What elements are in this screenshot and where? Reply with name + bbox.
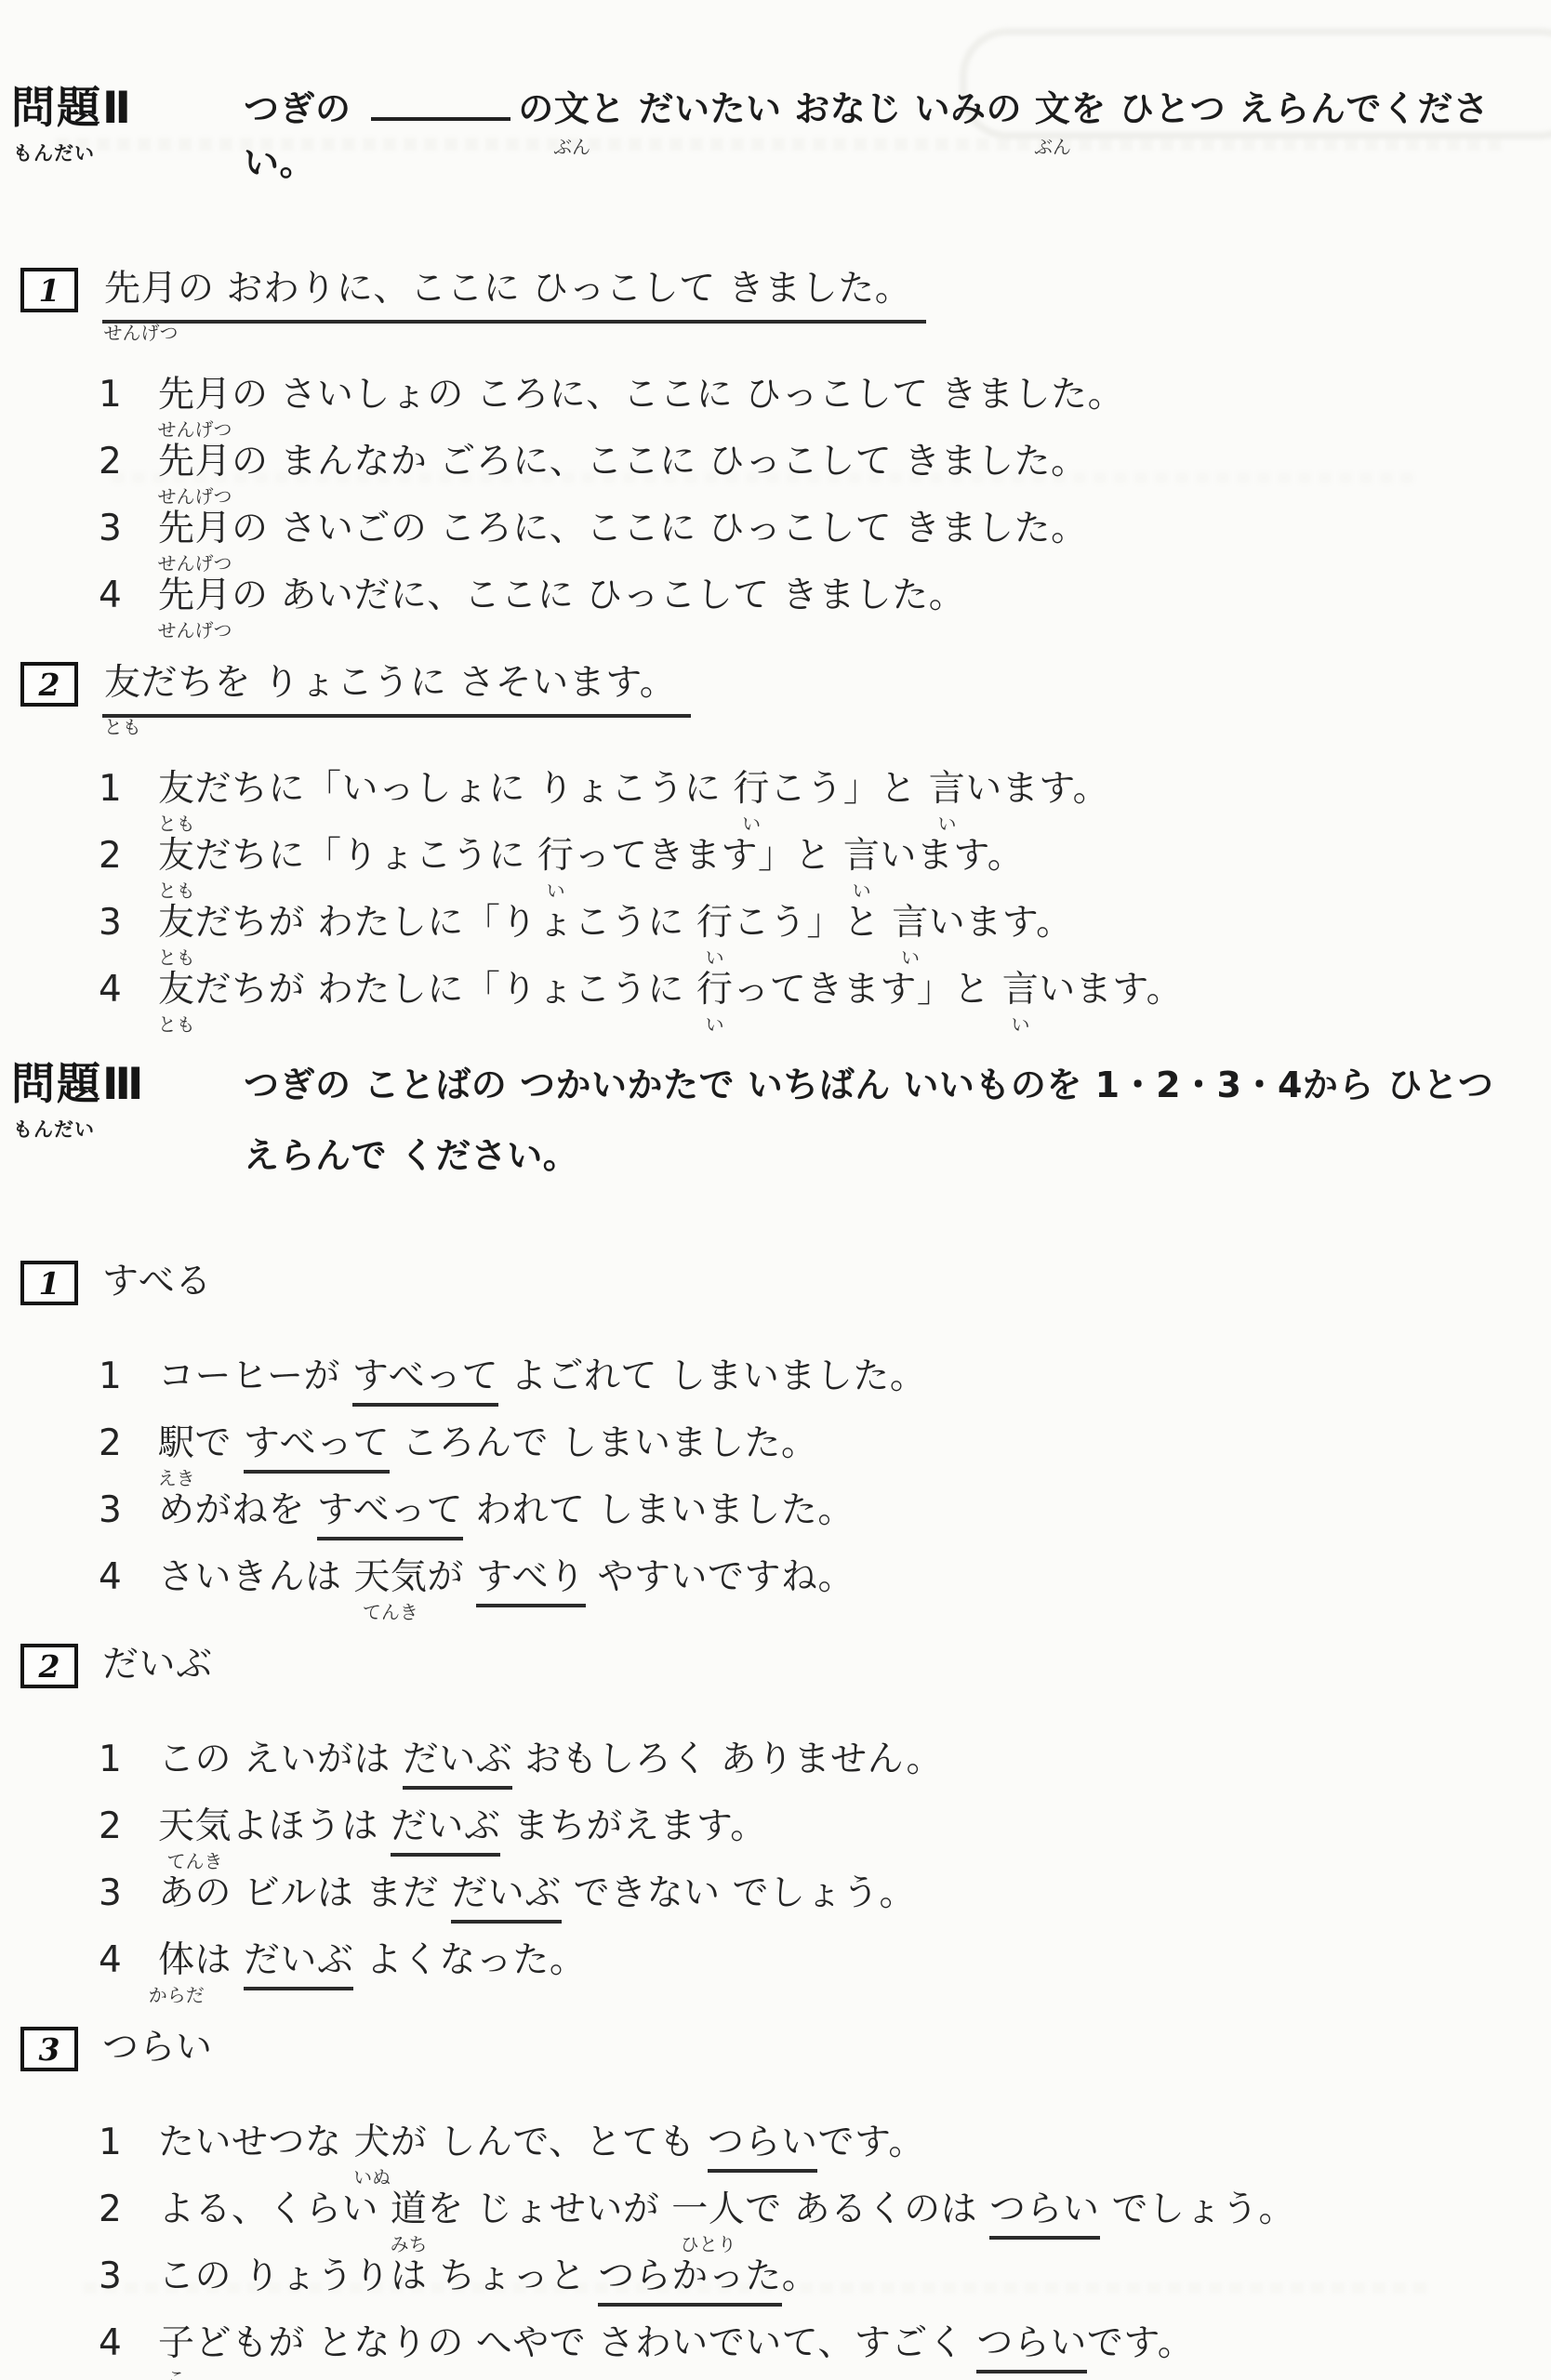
- option-row: 3先月せんげつの さいごの ころに、ここに ひっこして きました。: [99, 506, 1538, 552]
- furigana: ぶん: [1034, 138, 1071, 156]
- option-number: 3: [99, 2254, 158, 2300]
- segment-text: です。: [1087, 2322, 1194, 2364]
- furigana: せんげつ: [104, 324, 179, 342]
- option-row: 2駅えきで すべって ころんで しまいました。: [99, 1421, 1538, 1467]
- text-segment: 一人ひとり: [671, 2187, 745, 2233]
- text-segment: います。: [965, 768, 1109, 810]
- segment-text: の: [518, 88, 554, 129]
- furigana: い: [1011, 1015, 1029, 1034]
- underlined-word: だいぶ: [451, 1872, 562, 1924]
- text-segment: 行い: [733, 766, 770, 813]
- text-segment: 友とも: [104, 660, 141, 707]
- segment-text: やすいですね。: [586, 1556, 855, 1598]
- test-page: 問題Ⅱもんだいつぎの の文ぶんと だいたい おなじ いみの 文ぶんを ひとつ え…: [0, 0, 1551, 2367]
- segment-text: めがねを: [158, 1489, 317, 1531]
- option-text: めがねを すべって われて しまいました。: [158, 1487, 855, 1534]
- option-number: 1: [99, 2120, 158, 2166]
- text-segment: だちに「りょこうに: [195, 835, 537, 877]
- segment-text: 友: [158, 969, 195, 1011]
- option-text: この えいがは だいぶ おもしろく ありません。: [158, 1737, 943, 1783]
- underlined-word: つらい: [989, 2188, 1100, 2240]
- segment-text: 行: [696, 969, 734, 1011]
- underlined-word: だいぶ: [391, 1805, 501, 1857]
- segment-text: の さいしょの ころに、ここに ひっこして きました。: [232, 374, 1124, 416]
- segment-text: 先月: [104, 268, 178, 310]
- question-II-2: 2友ともだちを りょこうに さそいます。1友ともだちに「いっしょに りょこうに …: [11, 660, 1538, 1013]
- segment-text: 子: [158, 2322, 195, 2364]
- text-segment: コーヒーが: [158, 1355, 352, 1397]
- underlined-word: だいぶ: [244, 1939, 354, 1990]
- text-segment: います。: [1039, 969, 1183, 1011]
- instruction-line: つぎの ことばの つかいかたで いちばん いいものを 1・2・3・4から ひとつ: [244, 1058, 1493, 1112]
- option-row: 4先月せんげつの あいだに、ここに ひっこして きました。: [99, 573, 1538, 619]
- text-segment: います。: [929, 902, 1073, 944]
- furigana: せんげつ: [158, 487, 232, 506]
- text-segment: よくなった。: [353, 1939, 586, 1981]
- text-segment: こう」と: [733, 902, 892, 944]
- segment-text: われて しまいました。: [463, 1489, 855, 1531]
- question-stem: 友ともだちを りょこうに さそいます。: [102, 660, 691, 718]
- segment-text: います。: [965, 768, 1109, 810]
- underlined-word: すべって: [317, 1489, 463, 1540]
- text-segment: だいぶ: [102, 1644, 213, 1686]
- furigana: い: [706, 1015, 724, 1034]
- text-segment: 文ぶん: [1035, 82, 1071, 136]
- segment-text: つらい: [976, 2322, 1087, 2364]
- option-row: 3この りょうりは ちょっと つらかった。: [99, 2254, 1538, 2300]
- segment-text: よほうは: [232, 1805, 391, 1847]
- option-text: 先月せんげつの あいだに、ここに ひっこして きました。: [158, 573, 965, 619]
- underlined-word: つらかった: [598, 2255, 782, 2307]
- furigana: い: [853, 881, 871, 900]
- segment-text: だちに「りょこうに: [195, 835, 537, 877]
- text-segment: 言い: [843, 833, 881, 879]
- segment-text: で あるくのは: [745, 2188, 989, 2230]
- stem-underline: 友ともだちを りょこうに さそいます。: [102, 660, 691, 718]
- segment-text: と だいたい おなじ いみの: [590, 88, 1034, 129]
- text-segment: あの ビルは まだ: [158, 1872, 451, 1914]
- question-head: 3つらい: [20, 2025, 1538, 2071]
- furigana: とも: [158, 1015, 195, 1034]
- segment-text: 駅: [158, 1422, 195, 1464]
- text-segment: 先月せんげつ: [158, 372, 232, 418]
- question-number-box: 1: [20, 268, 78, 312]
- option-number: 4: [99, 2320, 158, 2367]
- section-instruction: つぎの ことばの つかいかたで いちばん いいものを 1・2・3・4から ひとつ…: [244, 1058, 1493, 1199]
- furigana: とも: [104, 718, 141, 736]
- text-segment: だちが わたしに「りょこうに: [195, 902, 696, 944]
- furigana: い: [742, 814, 761, 833]
- text-segment: で あるくのは: [745, 2188, 989, 2230]
- segment-text: の おわりに、ここに ひっこして きました。: [178, 268, 911, 310]
- text-segment: よごれて しまいました。: [498, 1355, 926, 1397]
- text-segment: で: [195, 1422, 244, 1464]
- text-segment: 文ぶん: [554, 82, 590, 136]
- segment-text: こう」と: [770, 768, 929, 810]
- question-III-1: 1すべる1コーヒーが すべって よごれて しまいました。2駅えきで すべって こ…: [11, 1259, 1538, 1601]
- text-segment: よる、くらい: [158, 2188, 391, 2230]
- text-segment: 。: [782, 2255, 819, 2297]
- text-segment: 行い: [537, 833, 575, 879]
- text-segment: 言い: [892, 900, 929, 946]
- segment-text: 友: [158, 902, 195, 944]
- option-text: 駅えきで すべって ころんで しまいました。: [158, 1421, 817, 1467]
- segment-text: の まんなか ごろに、ここに ひっこして きました。: [232, 441, 1088, 483]
- text-segment: すべる: [102, 1261, 212, 1302]
- furigana: い: [937, 814, 956, 833]
- text-segment: の おわりに、ここに ひっこして きました。: [178, 268, 911, 310]
- segment-text: どもが となりの へやで さわいでいて、すごく: [195, 2322, 977, 2364]
- segment-text: です。: [817, 2122, 924, 2163]
- furigana: からだ: [149, 1986, 205, 2004]
- section-title: 問題Ⅲもんだい: [11, 1058, 244, 1112]
- segment-text: 言: [892, 902, 929, 944]
- furigana: とも: [158, 948, 195, 967]
- furigana: ぶん: [553, 138, 590, 156]
- question-head: 2友ともだちを りょこうに さそいます。: [20, 660, 1538, 718]
- furigana: みち: [391, 2235, 428, 2254]
- text-segment: 先月せんげつ: [158, 439, 232, 485]
- furigana: い: [547, 881, 565, 900]
- option-number: 4: [99, 1554, 158, 1601]
- stem-underline: 先月せんげつの おわりに、ここに ひっこして きました。: [102, 266, 926, 324]
- section-header: 問題Ⅱもんだいつぎの の文ぶんと だいたい おなじ いみの 文ぶんを ひとつ え…: [11, 82, 1538, 206]
- option-text: 天気てんきよほうは だいぶ まちがえます。: [158, 1804, 767, 1850]
- option-number: 4: [99, 967, 158, 1013]
- segment-text: よごれて しまいました。: [498, 1355, 926, 1397]
- segment-text: が: [427, 1556, 475, 1598]
- text-segment: えらんで ください。: [244, 1135, 578, 1176]
- text-segment: だちに「いっしょに りょこうに: [195, 768, 734, 810]
- segment-text: 友: [158, 768, 195, 810]
- option-number: 3: [99, 900, 158, 946]
- option-text: さいきんは 天気てんきが すべり やすいですね。: [158, 1554, 855, 1601]
- text-segment: どもが となりの へやで さわいでいて、すごく: [195, 2322, 977, 2364]
- question-III-3: 3つらい1たいせつな 犬いぬが しんで、とても つらいです。2よる、くらい 道み…: [11, 2025, 1538, 2367]
- text-segment: ころんで しまいました。: [390, 1422, 817, 1464]
- option-text: 先月せんげつの さいごの ころに、ここに ひっこして きました。: [158, 506, 1088, 552]
- text-segment: つらい: [102, 2027, 213, 2069]
- segment-text: を じょせいが: [427, 2188, 671, 2230]
- question-stem: つらい: [102, 2025, 213, 2071]
- text-segment: の: [518, 88, 554, 129]
- segment-text: コーヒーが: [158, 1355, 352, 1397]
- option-text: 先月せんげつの まんなか ごろに、ここに ひっこして きました。: [158, 439, 1088, 485]
- furigana: えき: [158, 1469, 195, 1487]
- option-number: 1: [99, 372, 158, 418]
- segment-text: だちを りょこうに さそいます。: [141, 662, 677, 704]
- option-number: 4: [99, 573, 158, 619]
- underlined-word: つらい: [708, 2122, 818, 2173]
- segment-text: 友: [158, 835, 195, 877]
- option-row: 1先月せんげつの さいしょの ころに、ここに ひっこして きました。: [99, 372, 1538, 418]
- section-instruction: つぎの の文ぶんと だいたい おなじ いみの 文ぶんを ひとつ えらんでください…: [244, 82, 1538, 206]
- text-segment: ってきます」と: [574, 835, 842, 877]
- text-segment: だちを りょこうに さそいます。: [141, 662, 677, 704]
- segment-text: が しんで、とても: [391, 2122, 708, 2163]
- option-text: あの ビルは まだ だいぶ できない でしょう。: [158, 1871, 916, 1917]
- segment-text: たいせつな: [158, 2122, 353, 2163]
- segment-text: つぎの ことばの つかいかたで いちばん いいものを 1・2・3・4から ひとつ: [244, 1064, 1493, 1105]
- question-stem: すべる: [102, 1259, 212, 1305]
- segment-text: ころんで しまいました。: [390, 1422, 817, 1464]
- text-segment: 道みち: [391, 2187, 428, 2233]
- text-segment: 天気てんき: [353, 1554, 427, 1601]
- option-number: 2: [99, 2187, 158, 2233]
- text-segment: います。: [880, 835, 1024, 877]
- segment-text: で: [195, 1422, 244, 1464]
- text-segment: が しんで、とても: [391, 2122, 708, 2163]
- option-text: 友ともだちに「りょこうに 行いってきます」と 言いいます。: [158, 833, 1024, 879]
- question-stem: だいぶ: [102, 1642, 213, 1688]
- segment-text: こう」と: [733, 902, 892, 944]
- text-segment: が: [427, 1556, 475, 1598]
- option-text: たいせつな 犬いぬが しんで、とても つらいです。: [158, 2120, 925, 2166]
- question-head: 1先月せんげつの おわりに、ここに ひっこして きました。: [20, 266, 1538, 324]
- segment-text: すべって: [244, 1422, 390, 1464]
- segment-text: すべる: [102, 1261, 212, 1302]
- underlined-word: すべって: [352, 1355, 498, 1407]
- segment-text: 行: [696, 902, 734, 944]
- text-segment: の あいだに、ここに ひっこして きました。: [232, 575, 965, 616]
- option-text: 子こどもが となりの へやで さわいでいて、すごく つらいです。: [158, 2320, 1194, 2367]
- segment-text: ってきます」と: [733, 969, 1001, 1011]
- text-segment: たいせつな: [158, 2122, 353, 2163]
- text-segment: さいきんは: [158, 1556, 353, 1598]
- segment-text: 一人: [671, 2188, 745, 2230]
- text-segment: の さいごの ころに、ここに ひっこして きました。: [232, 508, 1088, 549]
- section-title-furigana: もんだい: [13, 1103, 95, 1157]
- question-head: 2だいぶ: [20, 1642, 1538, 1688]
- segment-text: すべり: [476, 1556, 586, 1598]
- segment-text: すべって: [317, 1489, 463, 1531]
- furigana: せんげつ: [158, 420, 232, 439]
- question-head: 1すべる: [20, 1259, 1538, 1305]
- question-number-box: 2: [20, 1644, 78, 1688]
- option-row: 2友ともだちに「りょこうに 行いってきます」と 言いいます。: [99, 833, 1538, 879]
- text-segment: 友とも: [158, 967, 195, 1013]
- text-segment: こう」と: [770, 768, 929, 810]
- option-row: 2先月せんげつの まんなか ごろに、ここに ひっこして きました。: [99, 439, 1538, 485]
- option-text: コーヒーが すべって よごれて しまいました。: [158, 1354, 926, 1400]
- text-segment: 行い: [696, 900, 734, 946]
- text-segment: ってきます」と: [733, 969, 1001, 1011]
- segment-text: 。: [782, 2255, 819, 2297]
- segment-text: だちが わたしに「りょこうに: [195, 969, 696, 1011]
- segment-text: 天気: [158, 1805, 232, 1847]
- text-segment: 言い: [1002, 967, 1040, 1013]
- text-segment: だちが わたしに「りょこうに: [195, 969, 696, 1011]
- option-row: 4さいきんは 天気てんきが すべり やすいですね。: [99, 1554, 1538, 1601]
- question-III-2: 2だいぶ1この えいがは だいぶ おもしろく ありません。2天気てんきよほうは …: [11, 1642, 1538, 1984]
- segment-text: だいぶ: [391, 1805, 501, 1847]
- segment-text: この えいがは: [158, 1739, 403, 1780]
- text-segment: われて しまいました。: [463, 1489, 855, 1531]
- option-number: 2: [99, 833, 158, 879]
- text-segment: です。: [1087, 2322, 1194, 2364]
- text-segment: の まんなか ごろに、ここに ひっこして きました。: [232, 441, 1088, 483]
- section-header: 問題Ⅲもんだいつぎの ことばの つかいかたで いちばん いいものを 1・2・3・…: [11, 1058, 1538, 1199]
- segment-text: います。: [880, 835, 1024, 877]
- text-segment: 友とも: [158, 900, 195, 946]
- segment-text: 行: [537, 835, 575, 877]
- underlined-word: すべって: [244, 1422, 390, 1474]
- segment-text: えらんで ください。: [244, 1135, 578, 1176]
- furigana: い: [706, 948, 724, 967]
- option-row: 1コーヒーが すべって よごれて しまいました。: [99, 1354, 1538, 1400]
- text-segment: と だいたい おなじ いみの: [590, 88, 1034, 129]
- option-text: 友ともだちに「いっしょに りょこうに 行いこう」と 言いいます。: [158, 766, 1109, 813]
- segment-text: この りょうりは ちょっと: [158, 2255, 598, 2297]
- option-row: 4体からだは だいぶ よくなった。: [99, 1937, 1538, 1984]
- question-II-1: 1先月せんげつの おわりに、ここに ひっこして きました。1先月せんげつの さい…: [11, 266, 1538, 619]
- text-segment: 友とも: [158, 766, 195, 813]
- option-number: 1: [99, 1354, 158, 1400]
- segment-text: よる、くらい: [158, 2188, 391, 2230]
- option-number: 2: [99, 1421, 158, 1467]
- question-number-box: 1: [20, 1261, 78, 1305]
- text-segment: つぎの ことばの つかいかたで いちばん いいものを 1・2・3・4から ひとつ: [244, 1064, 1493, 1105]
- text-segment: できない でしょう。: [562, 1872, 916, 1914]
- underlined-word: だいぶ: [403, 1739, 513, 1790]
- instruction-line: えらんで ください。: [244, 1129, 1493, 1183]
- section-II: 問題Ⅱもんだいつぎの の文ぶんと だいたい おなじ いみの 文ぶんを ひとつ え…: [11, 82, 1538, 1013]
- segment-text: ってきます」と: [574, 835, 842, 877]
- option-row: 4子こどもが となりの へやで さわいでいて、すごく つらいです。: [99, 2320, 1538, 2367]
- underlined-word: つらい: [976, 2322, 1087, 2373]
- furigana: いぬ: [353, 2168, 391, 2187]
- blank-line: [371, 82, 510, 121]
- section-title-furigana: もんだい: [13, 126, 95, 180]
- option-row: 1たいせつな 犬いぬが しんで、とても つらいです。: [99, 2120, 1538, 2166]
- option-row: 1この えいがは だいぶ おもしろく ありません。: [99, 1737, 1538, 1783]
- option-row: 2天気てんきよほうは だいぶ まちがえます。: [99, 1804, 1538, 1850]
- text-segment: 体からだ: [158, 1937, 195, 1984]
- segment-text: 言: [1002, 969, 1040, 1011]
- text-segment: まちがえます。: [500, 1805, 766, 1847]
- furigana: せんげつ: [158, 621, 232, 640]
- question-stem: 先月せんげつの おわりに、ここに ひっこして きました。: [102, 266, 926, 324]
- text-segment: よほうは: [232, 1805, 391, 1847]
- furigana: とも: [158, 881, 195, 900]
- segment-text: できない でしょう。: [562, 1872, 916, 1914]
- option-row: 3友ともだちが わたしに「りょこうに 行いこう」と 言いいます。: [99, 900, 1538, 946]
- segment-text: の あいだに、ここに ひっこして きました。: [232, 575, 965, 616]
- text-segment: 友とも: [158, 833, 195, 879]
- segment-text: だちが わたしに「りょこうに: [195, 902, 696, 944]
- furigana: とも: [158, 814, 195, 833]
- option-row: 4友ともだちが わたしに「りょこうに 行いってきます」と 言いいます。: [99, 967, 1538, 1013]
- segment-text: の さいごの ころに、ここに ひっこして きました。: [232, 508, 1088, 549]
- text-segment: を じょせいが: [427, 2188, 671, 2230]
- segment-text: 言: [843, 835, 881, 877]
- segment-text: つらい: [989, 2188, 1100, 2230]
- segment-text: 道: [391, 2188, 428, 2230]
- option-number: 3: [99, 1487, 158, 1534]
- segment-text: 文: [554, 88, 590, 129]
- question-number-box: 3: [20, 2027, 78, 2071]
- option-text: よる、くらい 道みちを じょせいが 一人ひとりで あるくのは つらい でしょう。: [158, 2187, 1295, 2233]
- text-segment: です。: [817, 2122, 924, 2163]
- furigana: い: [901, 948, 920, 967]
- furigana: せんげつ: [158, 554, 232, 573]
- text-segment: でしょう。: [1100, 2188, 1295, 2230]
- option-number: 2: [99, 439, 158, 485]
- segment-text: まちがえます。: [500, 1805, 766, 1847]
- option-row: 3めがねを すべって われて しまいました。: [99, 1487, 1538, 1534]
- option-row: 2よる、くらい 道みちを じょせいが 一人ひとりで あるくのは つらい でしょう…: [99, 2187, 1538, 2233]
- text-segment: やすいですね。: [586, 1556, 855, 1598]
- segment-text: 先月: [158, 441, 232, 483]
- segment-text: さいきんは: [158, 1556, 353, 1598]
- option-number: 2: [99, 1804, 158, 1850]
- segment-text: よくなった。: [353, 1939, 586, 1981]
- segment-text: でしょう。: [1100, 2188, 1295, 2230]
- segment-text: だいぶ: [451, 1872, 562, 1914]
- furigana: てんき: [363, 1603, 418, 1621]
- segment-text: だいぶ: [102, 1644, 213, 1686]
- option-row: 1友ともだちに「いっしょに りょこうに 行いこう」と 言いいます。: [99, 766, 1538, 813]
- section-title-text: 問題Ⅱもんだい: [11, 83, 133, 134]
- option-number: 1: [99, 766, 158, 813]
- segment-text: だいぶ: [244, 1939, 354, 1981]
- instruction-line: つぎの の文ぶんと だいたい おなじ いみの 文ぶんを ひとつ えらんでください…: [244, 82, 1538, 190]
- text-segment: おもしろく ありません。: [512, 1739, 943, 1780]
- segment-text: すべって: [352, 1355, 498, 1397]
- segment-text: 友: [104, 662, 141, 704]
- segment-text: 言: [929, 768, 966, 810]
- option-row: 3あの ビルは まだ だいぶ できない でしょう。: [99, 1871, 1538, 1917]
- text-segment: この りょうりは ちょっと: [158, 2255, 598, 2297]
- segment-text: 先月: [158, 508, 232, 549]
- segment-text: 行: [733, 768, 770, 810]
- text-segment: 先月せんげつ: [104, 266, 178, 312]
- segment-text: います。: [929, 902, 1073, 944]
- option-number: 4: [99, 1937, 158, 1984]
- furigana: てんき: [167, 1852, 223, 1871]
- segment-text: 犬: [353, 2122, 391, 2163]
- segment-text: だいぶ: [403, 1739, 513, 1780]
- segment-text: つらい: [708, 2122, 818, 2163]
- underlined-word: すべり: [476, 1556, 586, 1607]
- text-segment: は: [195, 1939, 244, 1981]
- text-segment: 行い: [696, 967, 734, 1013]
- segment-text: います。: [1039, 969, 1183, 1011]
- text-segment: この えいがは: [158, 1739, 403, 1780]
- option-text: 友ともだちが わたしに「りょこうに 行いってきます」と 言いいます。: [158, 967, 1183, 1013]
- option-number: 1: [99, 1737, 158, 1783]
- option-number: 3: [99, 506, 158, 552]
- text-segment: 言い: [929, 766, 966, 813]
- segment-text: は: [195, 1939, 244, 1981]
- question-number-box: 2: [20, 662, 78, 707]
- segment-text: 体: [158, 1939, 195, 1981]
- section-III: 問題Ⅲもんだいつぎの ことばの つかいかたで いちばん いいものを 1・2・3・…: [11, 1058, 1538, 2367]
- option-number: 3: [99, 1871, 158, 1917]
- segment-text: つらい: [102, 2027, 213, 2069]
- text-segment: 犬いぬ: [353, 2120, 391, 2166]
- section-title-text: 問題Ⅲもんだい: [11, 1059, 145, 1110]
- segment-text: 先月: [158, 374, 232, 416]
- option-text: 友ともだちが わたしに「りょこうに 行いこう」と 言いいます。: [158, 900, 1073, 946]
- segment-text: つぎの: [244, 88, 364, 129]
- text-segment: の さいしょの ころに、ここに ひっこして きました。: [232, 374, 1124, 416]
- option-text: 先月せんげつの さいしょの ころに、ここに ひっこして きました。: [158, 372, 1124, 418]
- text-segment: 駅えき: [158, 1421, 195, 1467]
- segment-text: おもしろく ありません。: [512, 1739, 943, 1780]
- segment-text: つらかった: [598, 2255, 782, 2297]
- segment-text: 文: [1035, 88, 1071, 129]
